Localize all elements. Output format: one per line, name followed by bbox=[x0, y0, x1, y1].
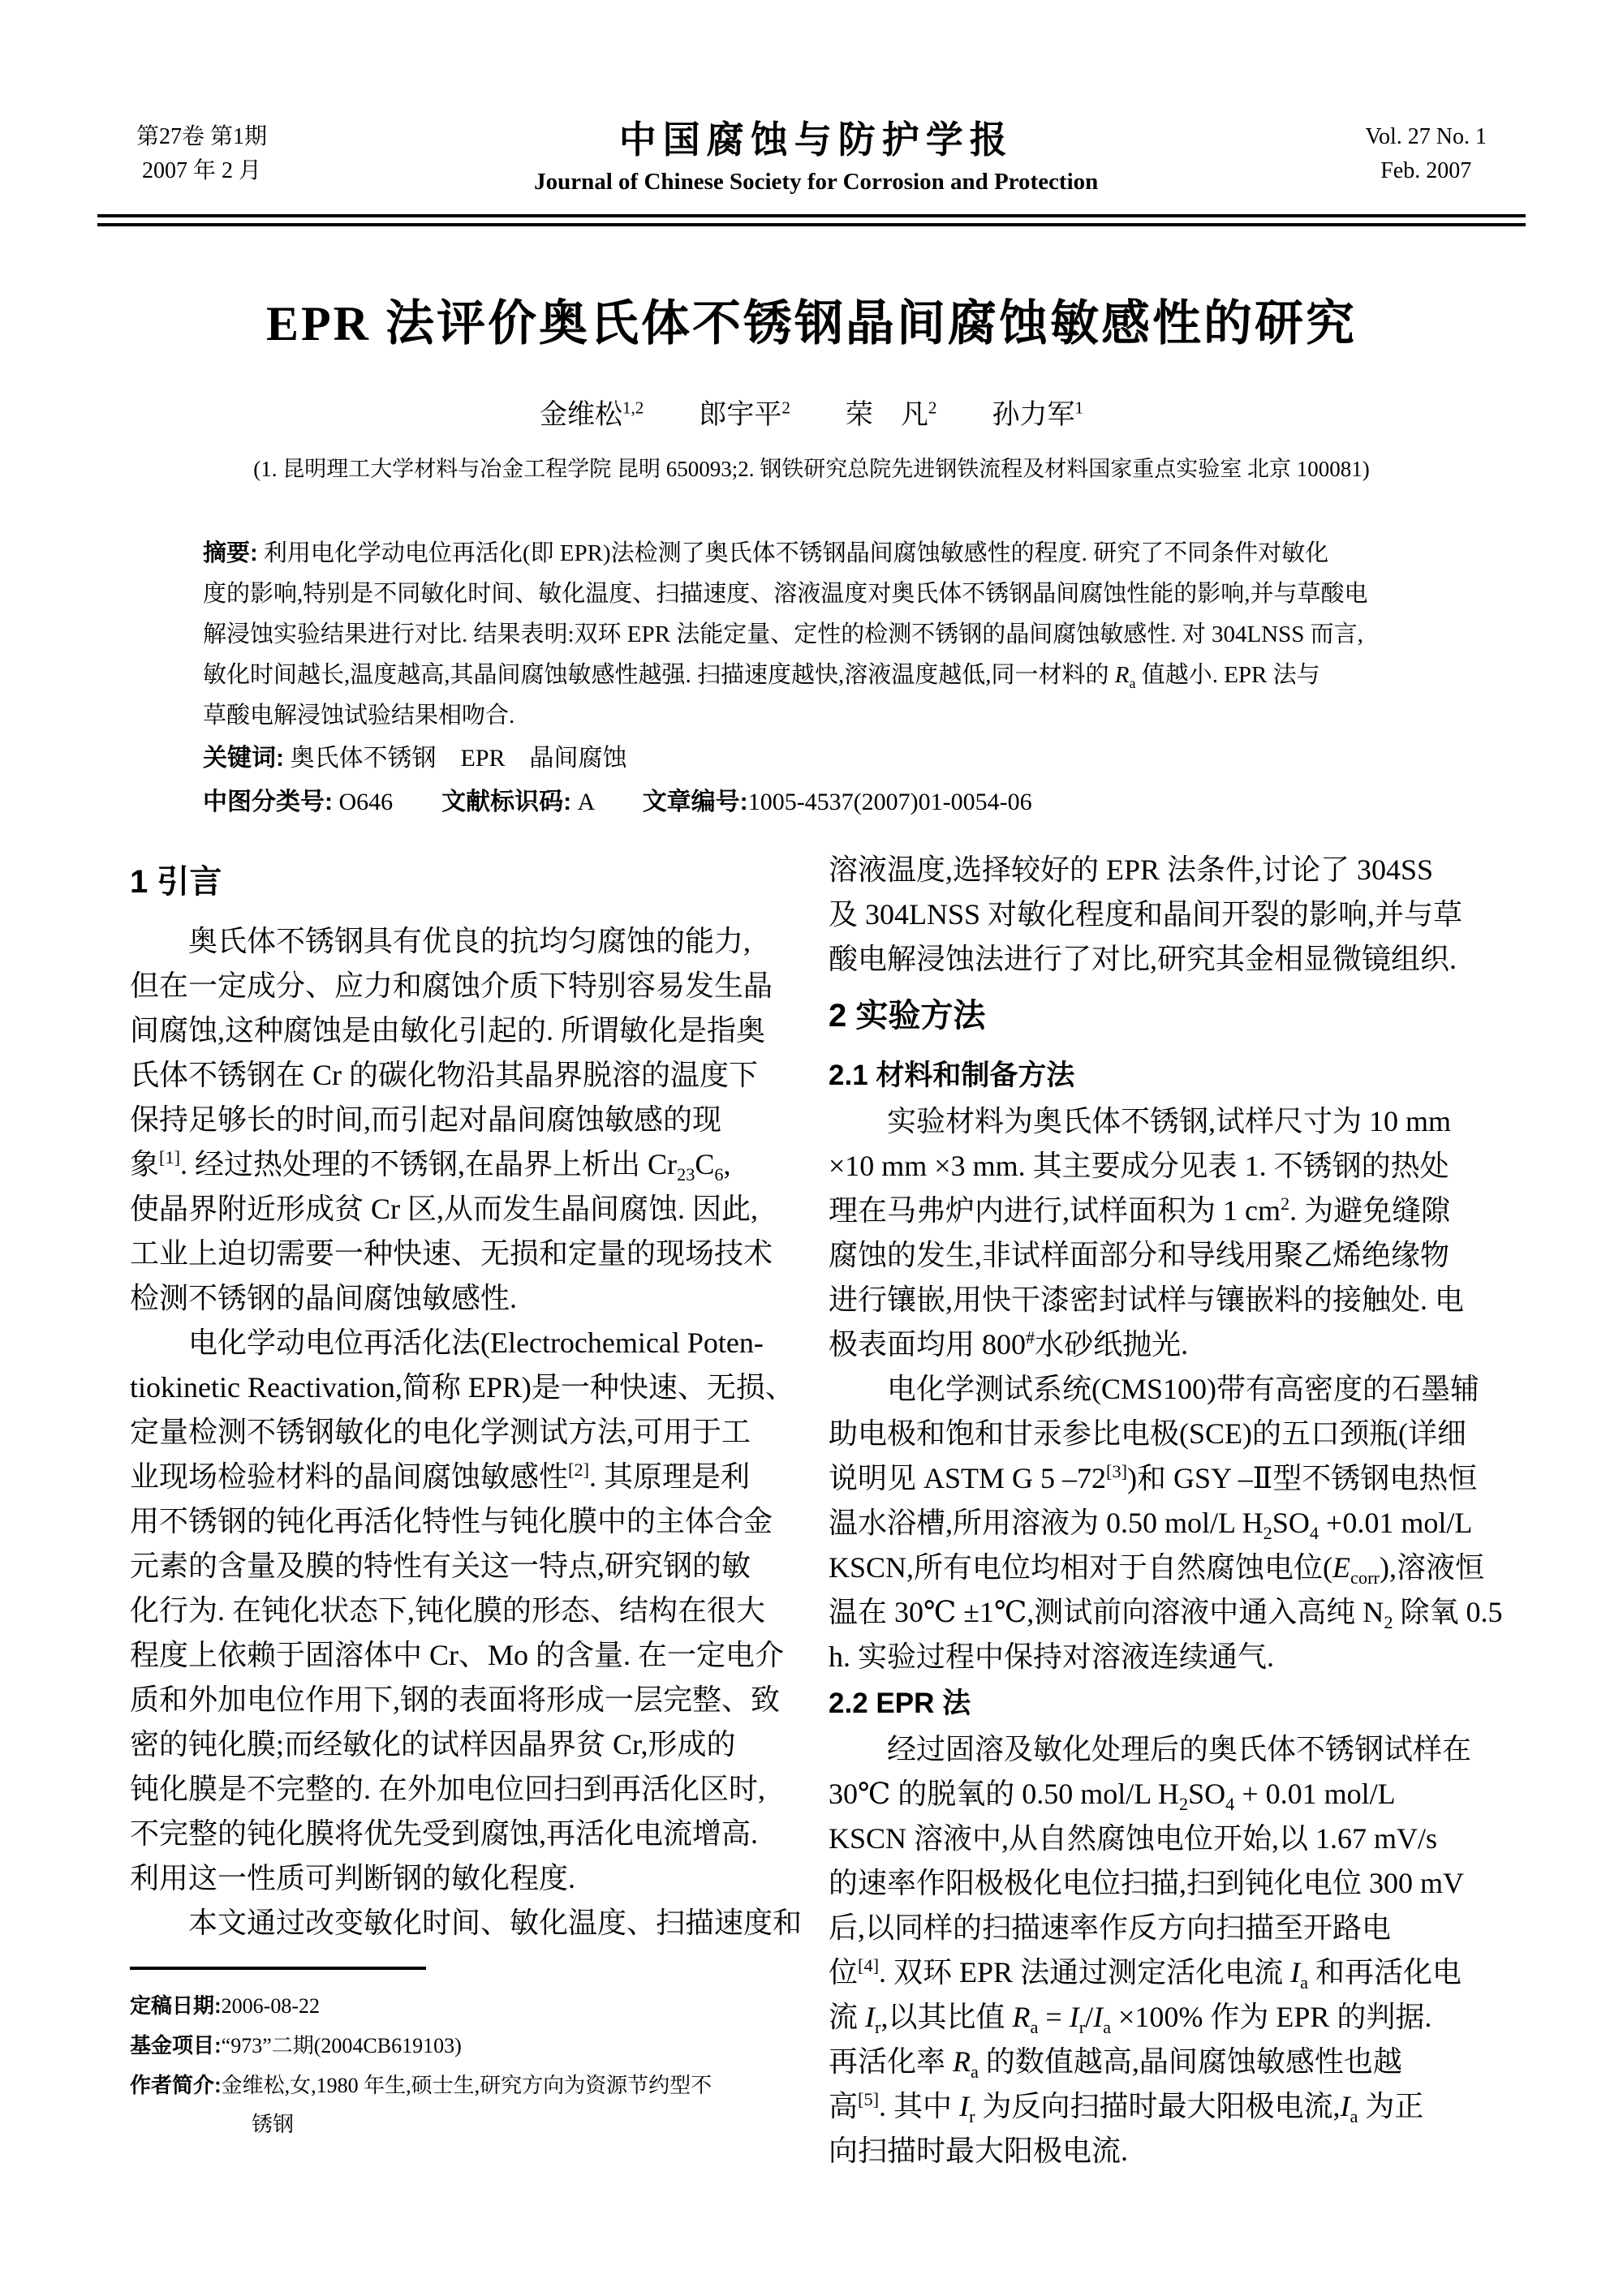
body-line: 用不锈钢的钝化再活化特性与钝化膜中的主体合金 bbox=[130, 1499, 794, 1544]
body-line: 钝化膜是不完整的. 在外加电位回扫到再活化区时, bbox=[130, 1767, 794, 1812]
body-line: 氏体不锈钢在 Cr 的碳化物沿其晶界脱溶的温度下 bbox=[130, 1053, 794, 1098]
body-line: 极表面均用 800#水砂纸抛光. bbox=[829, 1322, 1493, 1367]
body-line: 不完整的钝化膜将优先受到腐蚀,再活化电流增高. bbox=[130, 1812, 794, 1856]
issue-info-cn: 第27卷 第1期 2007 年 2 月 bbox=[136, 120, 267, 188]
body-line: 间腐蚀,这种腐蚀是由敏化引起的. 所谓敏化是指奥 bbox=[130, 1008, 794, 1053]
body-line: 酸电解浸蚀法进行了对比,研究其金相显微镜组织. bbox=[829, 937, 1493, 982]
section-heading-introduction: 1 引言 bbox=[130, 861, 794, 903]
body-line: KSCN,所有电位均相对于自然腐蚀电位(Ecorr),溶液恒 bbox=[829, 1546, 1493, 1590]
body-line: 利用这一性质可判断钢的敏化程度. bbox=[130, 1856, 794, 1901]
abstract-line: 草酸电解浸蚀试验结果相吻合. bbox=[203, 695, 1461, 736]
volume-issue-cn: 第27卷 第1期 bbox=[136, 120, 267, 154]
issue-date-cn: 2007 年 2 月 bbox=[136, 154, 267, 188]
body-line: tiokinetic Reactivation,简称 EPR)是一种快速、无损、 bbox=[130, 1365, 794, 1410]
section-heading-experiment: 2 实验方法 bbox=[829, 995, 1493, 1037]
keywords-line: 关键词: 奥氏体不锈钢 EPR 晶间腐蚀 bbox=[203, 737, 1461, 780]
body-line: 助电极和饱和甘汞参比电极(SCE)的五口颈瓶(详细 bbox=[829, 1412, 1493, 1456]
body-line: 说明见 ASTM G 5 –72[3])和 GSY –Ⅱ型不锈钢电热恒 bbox=[829, 1456, 1493, 1501]
right-column-text: 溶液温度,选择较好的 EPR 法条件,讨论了 304SS及 304LNSS 对敏… bbox=[829, 848, 1493, 2173]
footnote-author-bio: 作者简介:金维松,女,1980 年生,硕士生,研究方向为资源节约型不 bbox=[130, 2066, 794, 2105]
journal-header: 第27卷 第1期 2007 年 2 月 中国腐蚀与防护学报 Journal of… bbox=[136, 0, 1487, 198]
affiliations-line: (1. 昆明理工大学材料与冶金工程学院 昆明 650093;2. 钢铁研究总院先… bbox=[0, 454, 1623, 484]
abstract-block: 摘要: 利用电化学动电位再活化(即 EPR)法检测了奥氏体不锈钢晶间腐蚀敏感性的… bbox=[203, 533, 1461, 823]
body-line: 但在一定成分、应力和腐蚀介质下特别容易发生晶 bbox=[130, 964, 794, 1008]
footnote-rule bbox=[130, 1967, 426, 1970]
body-line: 工业上迫切需要一种快速、无损和定量的现场技术 bbox=[130, 1232, 794, 1276]
footnote-author-bio-cont: 锈钢 bbox=[130, 2105, 794, 2144]
body-line: 电化学动电位再活化法(Electrochemical Poten- bbox=[130, 1321, 794, 1365]
body-line: 温水浴槽,所用溶液为 0.50 mol/L H2SO4 +0.01 mol/L bbox=[829, 1501, 1493, 1546]
subsection-heading-epr-method: 2.2 EPR 法 bbox=[829, 1681, 1493, 1726]
journal-page: 第27卷 第1期 2007 年 2 月 中国腐蚀与防护学报 Journal of… bbox=[0, 0, 1623, 2296]
body-line: 的速率作阳极极化电位扫描,扫到钝化电位 300 mV bbox=[829, 1861, 1493, 1906]
journal-title-block: 中国腐蚀与防护学报 Journal of Chinese Society for… bbox=[267, 120, 1365, 198]
body-line: 定量检测不锈钢敏化的电化学测试方法,可用于工 bbox=[130, 1410, 794, 1455]
footnote-lines: 定稿日期:2006-08-22基金项目:“973”二期(2004CB619103… bbox=[130, 1986, 794, 2144]
abstract-lines: 摘要: 利用电化学动电位再活化(即 EPR)法检测了奥氏体不锈钢晶间腐蚀敏感性的… bbox=[203, 533, 1461, 736]
body-line: 流 Ir,以其比值 Ra = Ir/Ia ×100% 作为 EPR 的判据. bbox=[829, 1995, 1493, 2040]
body-columns: 1 引言 奥氏体不锈钢具有优良的抗均匀腐蚀的能力,但在一定成分、应力和腐蚀介质下… bbox=[130, 848, 1493, 2173]
issue-date-en: Feb. 2007 bbox=[1365, 154, 1487, 188]
abstract-line: 解浸蚀实验结果进行对比. 结果表明:双环 EPR 法能定量、定性的检测不锈钢的晶… bbox=[203, 614, 1461, 655]
issue-info-en: Vol. 27 No. 1 Feb. 2007 bbox=[1365, 120, 1487, 188]
abstract-line: 度的影响,特别是不同敏化时间、敏化温度、扫描速度、溶液温度对奥氏体不锈钢晶间腐蚀… bbox=[203, 574, 1461, 614]
body-line: 及 304LNSS 对敏化程度和晶间开裂的影响,并与草 bbox=[829, 892, 1493, 937]
body-line: 30℃ 的脱氧的 0.50 mol/L H2SO4 + 0.01 mol/L bbox=[829, 1772, 1493, 1817]
classification-line: 中图分类号: O646 文献标识码: A 文章编号:1005-4537(2007… bbox=[203, 781, 1461, 823]
body-line: 象[1]. 经过热处理的不锈钢,在晶界上析出 Cr23C6, bbox=[130, 1142, 794, 1187]
body-line: 保持足够长的时间,而引起对晶间腐蚀敏感的现 bbox=[130, 1098, 794, 1142]
left-column: 1 引言 奥氏体不锈钢具有优良的抗均匀腐蚀的能力,但在一定成分、应力和腐蚀介质下… bbox=[130, 848, 794, 2173]
body-line: 质和外加电位作用下,钢的表面将形成一层完整、致 bbox=[130, 1678, 794, 1722]
body-line: 本文通过改变敏化时间、敏化温度、扫描速度和 bbox=[130, 1901, 794, 1946]
journal-title-en: Journal of Chinese Society for Corrosion… bbox=[267, 166, 1365, 198]
abstract-line: 摘要: 利用电化学动电位再活化(即 EPR)法检测了奥氏体不锈钢晶间腐蚀敏感性的… bbox=[203, 533, 1461, 574]
journal-title-cn: 中国腐蚀与防护学报 bbox=[267, 120, 1365, 161]
article-title: EPR 法评价奥氏体不锈钢晶间腐蚀敏感性的研究 bbox=[0, 295, 1623, 353]
right-column: 溶液温度,选择较好的 EPR 法条件,讨论了 304SS及 304LNSS 对敏… bbox=[829, 848, 1493, 2173]
body-line: 元素的含量及膜的特性有关这一特点,研究钢的敏 bbox=[130, 1544, 794, 1589]
body-line: 业现场检验材料的晶间腐蚀敏感性[2]. 其原理是利 bbox=[130, 1455, 794, 1499]
body-line: ×10 mm ×3 mm. 其主要成分见表 1. 不锈钢的热处 bbox=[829, 1144, 1493, 1189]
body-line: h. 实验过程中保持对溶液连续通气. bbox=[829, 1635, 1493, 1679]
body-line: 奥氏体不锈钢具有优良的抗均匀腐蚀的能力, bbox=[130, 919, 794, 964]
body-line: 程度上依赖于固溶体中 Cr、Mo 的含量. 在一定电介 bbox=[130, 1633, 794, 1678]
body-line: 位[4]. 双环 EPR 法通过测定活化电流 Ia 和再活化电 bbox=[829, 1950, 1493, 1995]
left-column-text: 1 引言 奥氏体不锈钢具有优良的抗均匀腐蚀的能力,但在一定成分、应力和腐蚀介质下… bbox=[130, 861, 794, 1946]
footnote-received-date: 定稿日期:2006-08-22 bbox=[130, 1986, 794, 2026]
volume-issue-en: Vol. 27 No. 1 bbox=[1365, 120, 1487, 154]
body-line: 电化学测试系统(CMS100)带有高密度的石墨辅 bbox=[829, 1367, 1493, 1412]
abstract-line: 敏化时间越长,温度越高,其晶间腐蚀敏感性越强. 扫描速度越快,溶液温度越低,同一… bbox=[203, 655, 1461, 695]
subsection-heading-materials: 2.1 材料和制备方法 bbox=[829, 1053, 1493, 1098]
body-line: 理在马弗炉内进行,试样面积为 1 cm2. 为避免缝隙 bbox=[829, 1189, 1493, 1233]
body-line: 实验材料为奥氏体不锈钢,试样尺寸为 10 mm bbox=[829, 1099, 1493, 1144]
footnote-block: 定稿日期:2006-08-22基金项目:“973”二期(2004CB619103… bbox=[130, 1967, 794, 2144]
body-line: 使晶界附近形成贫 Cr 区,从而发生晶间腐蚀. 因此, bbox=[130, 1187, 794, 1232]
body-line: 向扫描时最大阳极电流. bbox=[829, 2129, 1493, 2173]
body-line: 后,以同样的扫描速率作反方向扫描至开路电 bbox=[829, 1906, 1493, 1950]
authors-line: 金维松1,2 郎宇平2 荣 凡2 孙力军1 bbox=[0, 397, 1623, 434]
body-line: 化行为. 在钝化状态下,钝化膜的形态、结构在很大 bbox=[130, 1589, 794, 1633]
footnote-fund: 基金项目:“973”二期(2004CB619103) bbox=[130, 2026, 794, 2066]
body-line: KSCN 溶液中,从自然腐蚀电位开始,以 1.67 mV/s bbox=[829, 1817, 1493, 1861]
body-line: 进行镶嵌,用快干漆密封试样与镶嵌料的接触处. 电 bbox=[829, 1278, 1493, 1322]
body-line: 检测不锈钢的晶间腐蚀敏感性. bbox=[130, 1276, 794, 1321]
body-line: 经过固溶及敏化处理后的奥氏体不锈钢试样在 bbox=[829, 1727, 1493, 1772]
body-line: 溶液温度,选择较好的 EPR 法条件,讨论了 304SS bbox=[829, 848, 1493, 892]
body-line: 温在 30℃ ±1℃,测试前向溶液中通入高纯 N2 除氧 0.5 bbox=[829, 1590, 1493, 1635]
body-line: 高[5]. 其中 Ir 为反向扫描时最大阳极电流,Ia 为正 bbox=[829, 2084, 1493, 2129]
body-line: 再活化率 Ra 的数值越高,晶间腐蚀敏感性也越 bbox=[829, 2040, 1493, 2084]
body-line: 腐蚀的发生,非试样面部分和导线用聚乙烯绝缘物 bbox=[829, 1233, 1493, 1278]
body-line: 密的钝化膜;而经敏化的试样因晶界贫 Cr,形成的 bbox=[130, 1722, 794, 1767]
header-double-rule bbox=[97, 214, 1526, 226]
